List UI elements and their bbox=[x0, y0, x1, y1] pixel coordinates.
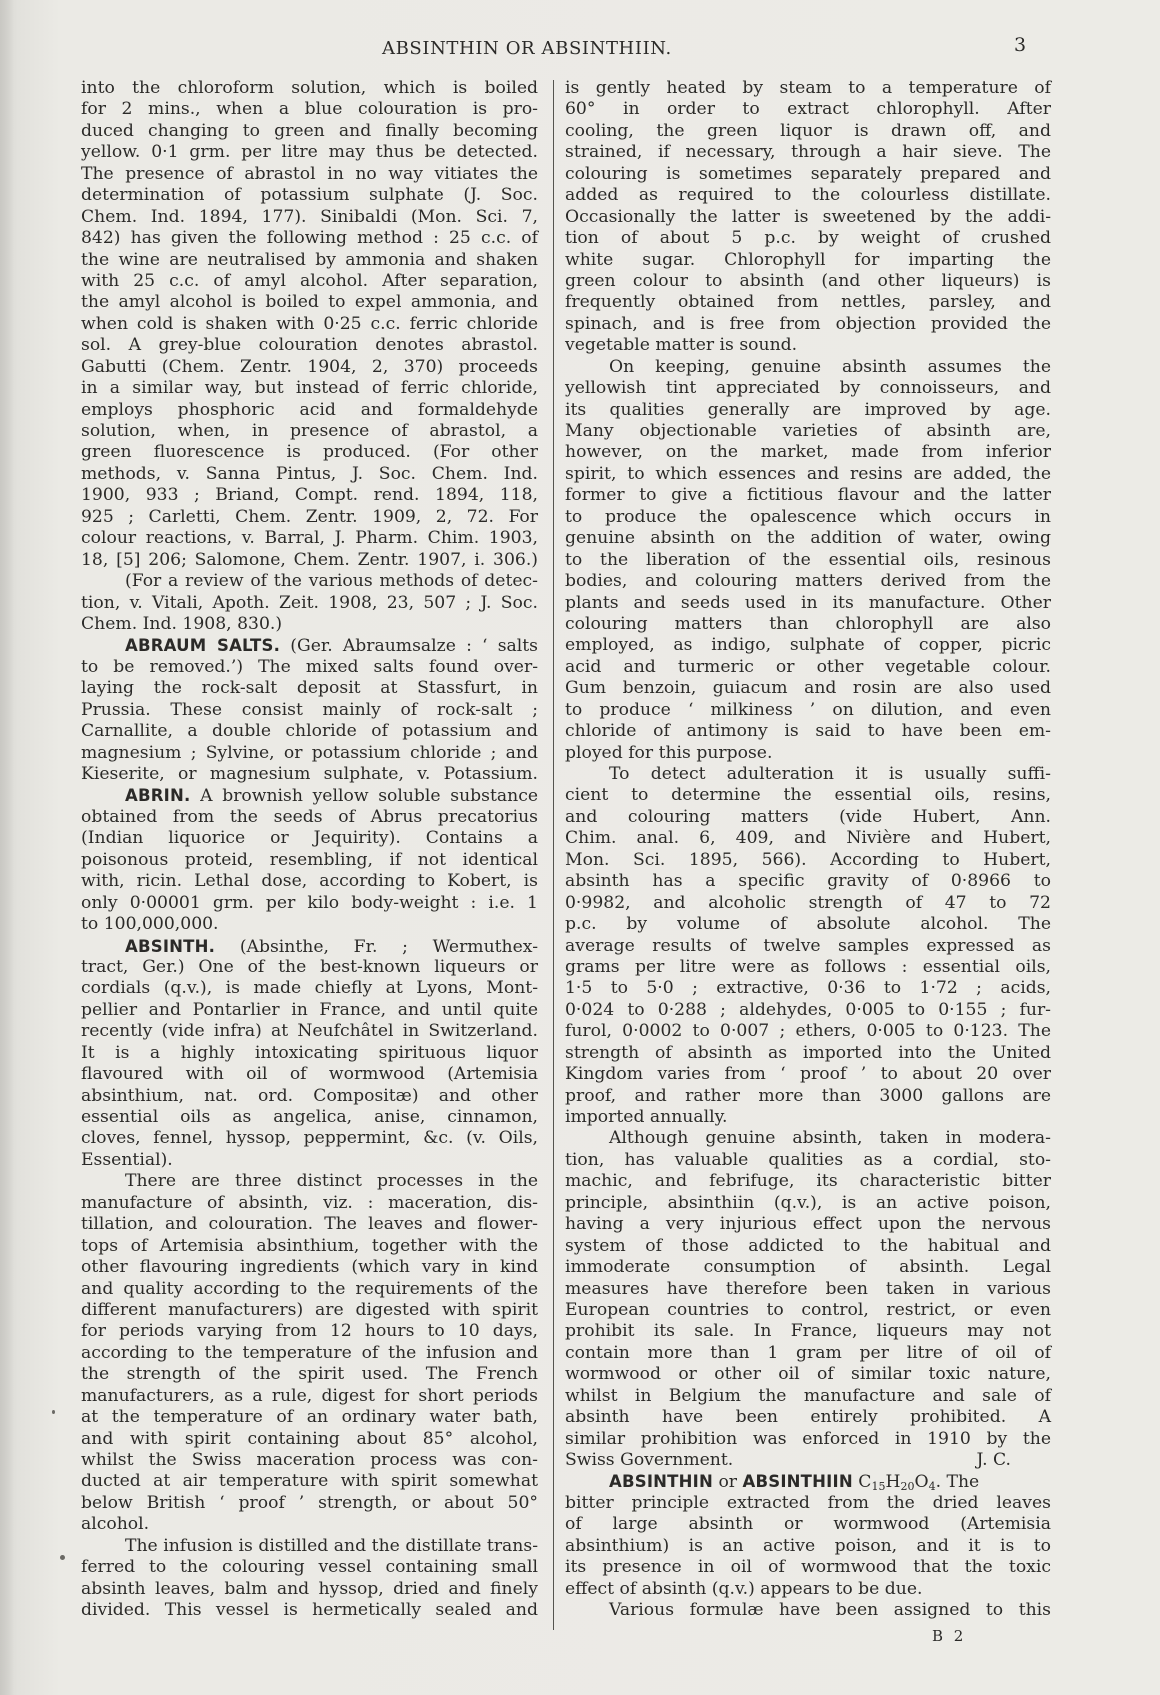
text-line: ferred to the colouring vessel containin… bbox=[81, 1557, 538, 1578]
text-line: spinach, and is free from objection prov… bbox=[565, 314, 1051, 335]
text-line: whilst the Swiss maceration process was … bbox=[81, 1450, 538, 1471]
text-line: absinth has a specific gravity of 0·8966… bbox=[565, 871, 1051, 892]
text-line: On keeping, genuine absinth assumes the bbox=[565, 357, 1051, 378]
text-line: is gently heated by steam to a temperatu… bbox=[565, 78, 1051, 99]
text-line: to produce ‘ milkiness ’ on dilution, an… bbox=[565, 700, 1051, 721]
text-line: 60° in order to extract chlorophyll. Aft… bbox=[565, 99, 1051, 120]
text-line: cloves, fennel, hyssop, peppermint, &c. … bbox=[81, 1128, 538, 1149]
text-line: tion of about 5 p.c. by weight of crushe… bbox=[565, 228, 1051, 249]
text-line: its qualities generally are improved by … bbox=[565, 400, 1051, 421]
text-line: tillation, and colouration. The leaves a… bbox=[81, 1214, 538, 1235]
text-line: vegetable matter is sound. bbox=[565, 335, 1051, 356]
text-line: to produce the opalescence which occurs … bbox=[565, 507, 1051, 528]
text-line: absinth have been entirely prohibited. A bbox=[565, 1407, 1051, 1428]
text-line: methods, v. Sanna Pintus, J. Soc. Chem. … bbox=[81, 464, 538, 485]
text-line: frequently obtained from nettles, parsle… bbox=[565, 292, 1051, 313]
text-line: in a similar way, but instead of ferric … bbox=[81, 378, 538, 399]
text-line: wormwood or other oil of similar toxic n… bbox=[565, 1364, 1051, 1385]
text-line: (For a review of the various methods of … bbox=[81, 571, 538, 592]
text-line: other flavouring ingredients (which vary… bbox=[81, 1257, 538, 1278]
ink-speck bbox=[52, 1410, 55, 1414]
text-line: and with spirit containing about 85° alc… bbox=[81, 1429, 538, 1450]
text-line: tion, v. Vitali, Apoth. Zeit. 1908, 23, … bbox=[81, 593, 538, 614]
text-line: Gabutti (Chem. Zentr. 1904, 2, 370) proc… bbox=[81, 357, 538, 378]
text-line: It is a highly intoxicating spirituous l… bbox=[81, 1043, 538, 1064]
text-line: tract, Ger.) One of the best-known lique… bbox=[81, 957, 538, 978]
text-line: with, ricin. Lethal dose, according to K… bbox=[81, 871, 538, 892]
text-line: tion, has valuable qualities as a cordia… bbox=[565, 1150, 1051, 1171]
text-line: colouring is sometimes separately prepar… bbox=[565, 164, 1051, 185]
text-line: laying the rock-salt deposit at Stassfur… bbox=[81, 678, 538, 699]
text-line: The presence of abrastol in no way vitia… bbox=[81, 164, 538, 185]
text-line: sol. A grey-blue colouration denotes abr… bbox=[81, 335, 538, 356]
text-line: different manufacturers) are digested wi… bbox=[81, 1300, 538, 1321]
text-line: manufacturers, as a rule, digest for sho… bbox=[81, 1386, 538, 1407]
text-line: obtained from the seeds of Abrus precato… bbox=[81, 807, 538, 828]
text-line: cooling, the green liquor is drawn off, … bbox=[565, 121, 1051, 142]
column-divider bbox=[553, 80, 554, 1630]
text-line: measures have therefore been taken in va… bbox=[565, 1279, 1051, 1300]
text-line: 0·024 to 0·288 ; aldehydes, 0·005 to 0·1… bbox=[565, 1000, 1051, 1021]
text-line: 18, [5] 206; Salomone, Chem. Zentr. 1907… bbox=[81, 550, 538, 571]
text-line: Kingdom varies from ‘ proof ’ to about 2… bbox=[565, 1064, 1051, 1085]
text-line: spirit, to which essences and resins are… bbox=[565, 464, 1051, 485]
text-line: yellowish tint appreciated by connoisseu… bbox=[565, 378, 1051, 399]
text-line: when cold is shaken with 0·25 c.c. ferri… bbox=[81, 314, 538, 335]
text-line: Kieserite, or magnesium sulphate, v. Pot… bbox=[81, 764, 538, 785]
text-line: cient to determine the essential oils, r… bbox=[565, 785, 1051, 806]
text-line: green fluorescence is produced. (For oth… bbox=[81, 442, 538, 463]
text-line: to be removed.’) The mixed salts found o… bbox=[81, 657, 538, 678]
text-line: to 100,000,000. bbox=[81, 914, 538, 935]
text-line: To detect adulteration it is usually suf… bbox=[565, 764, 1051, 785]
text-line: p.c. by volume of absolute alcohol. The bbox=[565, 914, 1051, 935]
text-line: tops of Artemisia absinthium, together w… bbox=[81, 1236, 538, 1257]
running-head: ABSINTHIN OR ABSINTHIIN. 3 bbox=[0, 38, 1160, 64]
text-line: contain more than 1 gram per litre of oi… bbox=[565, 1343, 1051, 1364]
text-line: Chem. Ind. 1908, 830.) bbox=[81, 614, 538, 635]
text-line: plants and seeds used in its manufacture… bbox=[565, 593, 1051, 614]
text-line: magnesium ; Sylvine, or potassium chlori… bbox=[81, 743, 538, 764]
text-line: ABSINTHIN or ABSINTHIIN C15H20O4. The bbox=[565, 1471, 1051, 1492]
text-line: bodies, and colouring matters derived fr… bbox=[565, 571, 1051, 592]
entry-headword: ABRIN. bbox=[125, 786, 190, 805]
text-line: and quality according to the requirement… bbox=[81, 1279, 538, 1300]
text-line: Carnallite, a double chloride of potassi… bbox=[81, 721, 538, 742]
page-number: 3 bbox=[1014, 34, 1026, 56]
text-line: at the temperature of an ordinary water … bbox=[81, 1407, 538, 1428]
text-line: only 0·00001 grm. per kilo body-weight :… bbox=[81, 893, 538, 914]
text-line: added as required to the colourless dist… bbox=[565, 185, 1051, 206]
text-line: (Indian liquorice or Jequirity). Contain… bbox=[81, 828, 538, 849]
text-line: manufacture of absinth, viz. : maceratio… bbox=[81, 1193, 538, 1214]
text-line: employs phosphoric acid and formaldehyde bbox=[81, 400, 538, 421]
text-line: European countries to control, restrict,… bbox=[565, 1300, 1051, 1321]
signature-mark: B 2 bbox=[932, 1627, 966, 1645]
binding-gutter-shadow bbox=[0, 0, 14, 1695]
running-title: ABSINTHIN OR ABSINTHIIN. bbox=[382, 38, 672, 59]
text-line: 0·9982, and alcoholic strength of 47 to … bbox=[565, 893, 1051, 914]
text-line: its presence in oil of wormwood that the… bbox=[565, 1557, 1051, 1578]
text-line: Chim. anal. 6, 409, and Nivière and Hube… bbox=[565, 828, 1051, 849]
text-line: the wine are neutralised by ammonia and … bbox=[81, 250, 538, 271]
text-line: chloride of antimony is said to have bee… bbox=[565, 721, 1051, 742]
text-line: Occasionally the latter is sweetened by … bbox=[565, 207, 1051, 228]
text-line: Prussia. These consist mainly of rock-sa… bbox=[81, 700, 538, 721]
text-line: into the chloroform solution, which is b… bbox=[81, 78, 538, 99]
text-line: solution, when, in presence of abrastol,… bbox=[81, 421, 538, 442]
text-line: system of those addicted to the habitual… bbox=[565, 1236, 1051, 1257]
text-line: absinth leaves, balm and hyssop, dried a… bbox=[81, 1579, 538, 1600]
text-line: ABRIN. A brownish yellow soluble substan… bbox=[81, 785, 538, 806]
text-line: 1900, 933 ; Briand, Compt. rend. 1894, 1… bbox=[81, 485, 538, 506]
text-line: to the liberation of the essential oils,… bbox=[565, 550, 1051, 571]
text-line: cordials (q.v.), is made chiefly at Lyon… bbox=[81, 978, 538, 999]
text-line: for 2 mins., when a blue colouration is … bbox=[81, 99, 538, 120]
author-initials: J. C. bbox=[977, 1450, 1051, 1471]
text-line: grams per litre were as follows : essent… bbox=[565, 957, 1051, 978]
text-line: imported annually. bbox=[565, 1107, 1051, 1128]
text-line: colouring matters than chlorophyll are a… bbox=[565, 614, 1051, 635]
text-line: of large absinth or wormwood (Artemisia bbox=[565, 1514, 1051, 1535]
text-line: for periods varying from 12 hours to 10 … bbox=[81, 1321, 538, 1342]
text-line: and colouring matters (vide Hubert, Ann. bbox=[565, 807, 1051, 828]
text-line: the amyl alcohol is boiled to expel ammo… bbox=[81, 292, 538, 313]
text-line: alcohol. bbox=[81, 1514, 538, 1535]
text-line: Swiss Government.J. C. bbox=[565, 1450, 1051, 1471]
text-line: Chem. Ind. 1894, 177). Sinibaldi (Mon. S… bbox=[81, 207, 538, 228]
text-line: Mon. Sci. 1895, 566). According to Huber… bbox=[565, 850, 1051, 871]
text-line: immoderate consumption of absinth. Legal bbox=[565, 1257, 1051, 1278]
text-line: duced changing to green and finally beco… bbox=[81, 121, 538, 142]
text-line: having a very injurious effect upon the … bbox=[565, 1214, 1051, 1235]
entry-headword: ABRAUM SALTS. bbox=[125, 636, 280, 655]
text-line: Various formulæ have been assigned to th… bbox=[565, 1600, 1051, 1621]
text-line: acid and turmeric or other vegetable col… bbox=[565, 657, 1051, 678]
text-line: below British ‘ proof ’ strength, or abo… bbox=[81, 1493, 538, 1514]
text-line: 925 ; Carletti, Chem. Zentr. 1909, 2, 72… bbox=[81, 507, 538, 528]
text-line: machic, and febrifuge, its characteristi… bbox=[565, 1171, 1051, 1192]
text-line: whilst in Belgium the manufacture and sa… bbox=[565, 1386, 1051, 1407]
text-line: flavoured with oil of wormwood (Artemisi… bbox=[81, 1064, 538, 1085]
text-line: absinthium) is an active poison, and it … bbox=[565, 1536, 1051, 1557]
text-line: the strength of the spirit used. The Fre… bbox=[81, 1364, 538, 1385]
text-line: Gum benzoin, guiacum and rosin are also … bbox=[565, 678, 1051, 699]
text-line: white sugar. Chlorophyll for imparting t… bbox=[565, 250, 1051, 271]
text-line: average results of twelve samples expres… bbox=[565, 936, 1051, 957]
text-line: ABSINTH. (Absinthe, Fr. ; Wermuthex- bbox=[81, 936, 538, 957]
text-line: green colour to absinth (and other lique… bbox=[565, 271, 1051, 292]
right-column: is gently heated by steam to a temperatu… bbox=[565, 78, 1051, 1622]
text-line: however, on the market, made from inferi… bbox=[565, 442, 1051, 463]
text-line: furol, 0·0002 to 0·007 ; ethers, 0·005 t… bbox=[565, 1021, 1051, 1042]
text-line: Many objectionable varieties of absinth … bbox=[565, 421, 1051, 442]
entry-headword: ABSINTH. bbox=[125, 937, 215, 956]
text-line: poisonous proteid, resembling, if not id… bbox=[81, 850, 538, 871]
text-line: strength of absinth as imported into the… bbox=[565, 1043, 1051, 1064]
text-line: former to give a fictitious flavour and … bbox=[565, 485, 1051, 506]
text-line: ployed for this purpose. bbox=[565, 743, 1051, 764]
text-line: effect of absinth (q.v.) appears to be d… bbox=[565, 1579, 1051, 1600]
text-line: with 25 c.c. of amyl alcohol. After sepa… bbox=[81, 271, 538, 292]
text-line: strained, if necessary, through a hair s… bbox=[565, 142, 1051, 163]
text-line: ABRAUM SALTS. (Ger. Abraumsalze : ‘ salt… bbox=[81, 635, 538, 656]
text-line: 842) has given the following method : 25… bbox=[81, 228, 538, 249]
text-line: yellow. 0·1 grm. per litre may thus be d… bbox=[81, 142, 538, 163]
chemical-formula: C15H20O4. bbox=[853, 1472, 941, 1492]
text-line: divided. This vessel is hermetically sea… bbox=[81, 1600, 538, 1621]
text-line: There are three distinct processes in th… bbox=[81, 1171, 538, 1192]
text-line: The infusion is distilled and the distil… bbox=[81, 1536, 538, 1557]
text-line: determination of potassium sulphate (J. … bbox=[81, 185, 538, 206]
text-line: prohibit its sale. In France, liqueurs m… bbox=[565, 1321, 1051, 1342]
entry-headword-alt: ABSINTHIIN bbox=[743, 1472, 853, 1491]
text-line: colour reactions, v. Barral, J. Pharm. C… bbox=[81, 528, 538, 549]
text-line: Although genuine absinth, taken in moder… bbox=[565, 1128, 1051, 1149]
text-line: principle, absinthiin (q.v.), is an acti… bbox=[565, 1193, 1051, 1214]
book-page: ABSINTHIN OR ABSINTHIIN. 3 into the chlo… bbox=[0, 0, 1160, 1695]
left-column: into the chloroform solution, which is b… bbox=[81, 78, 538, 1622]
text-line: bitter principle extracted from the drie… bbox=[565, 1493, 1051, 1514]
ink-speck bbox=[60, 1555, 65, 1560]
text-line: Essential). bbox=[81, 1150, 538, 1171]
text-line: essential oils as angelica, anise, cinna… bbox=[81, 1107, 538, 1128]
text-line: pellier and Pontarlier in France, and un… bbox=[81, 1000, 538, 1021]
text-line: recently (vide infra) at Neufchâtel in S… bbox=[81, 1021, 538, 1042]
text-line: ducted at air temperature with spirit so… bbox=[81, 1471, 538, 1492]
text-line: genuine absinth on the addition of water… bbox=[565, 528, 1051, 549]
text-line: according to the temperature of the infu… bbox=[81, 1343, 538, 1364]
text-line: absinthium, nat. ord. Compositæ) and oth… bbox=[81, 1086, 538, 1107]
text-line: similar prohibition was enforced in 1910… bbox=[565, 1429, 1051, 1450]
text-line: employed, as indigo, sulphate of copper,… bbox=[565, 635, 1051, 656]
text-line: proof, and rather more than 3000 gallons… bbox=[565, 1086, 1051, 1107]
entry-headword: ABSINTHIN bbox=[609, 1472, 713, 1491]
text-line: 1·5 to 5·0 ; extractive, 0·36 to 1·72 ; … bbox=[565, 978, 1051, 999]
